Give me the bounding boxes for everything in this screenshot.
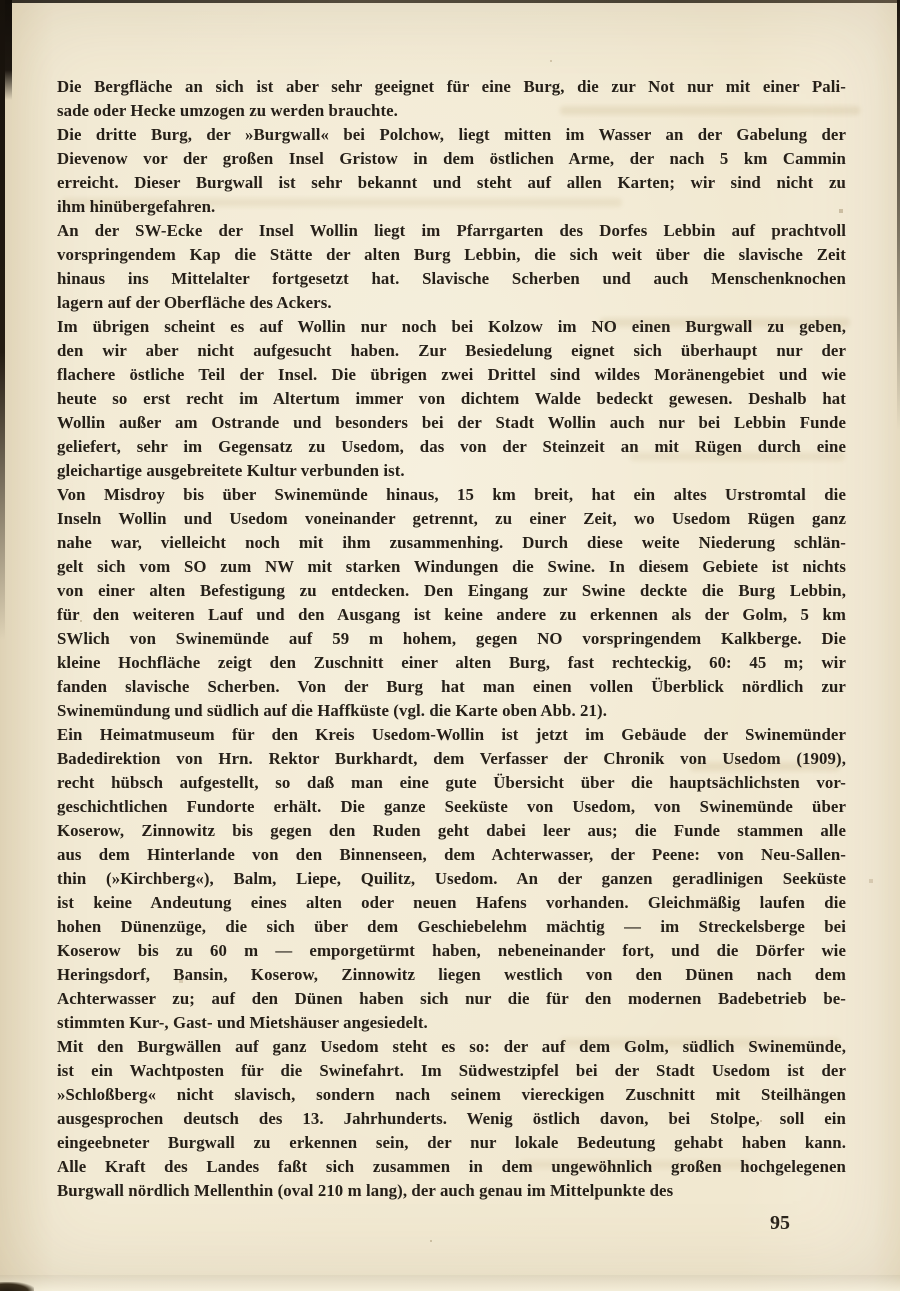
text-line: ist keine Andeutung eines alten oder neu…	[57, 891, 846, 915]
text-line: Achterwasser zu; auf den Dünen haben sic…	[57, 987, 846, 1011]
text-line: Im übrigen scheint es auf Wollin nur noc…	[57, 315, 846, 339]
text-line: sade oder Hecke umzogen zu werden brauch…	[57, 99, 846, 123]
text-line: Die dritte Burg, der »Burgwall« bei Polc…	[57, 123, 846, 147]
text-line: gleichartige ausgebreitete Kultur verbun…	[57, 459, 846, 483]
text-line: Koserow bis zu 60 m — emporgetürmt haben…	[57, 939, 846, 963]
text-line: stimmten Kur-, Gast- und Mietshäuser ang…	[57, 1011, 846, 1035]
scan-bottom-shading	[0, 1275, 900, 1291]
text-line: Koserow, Zinnowitz bis gegen den Ruden g…	[57, 819, 846, 843]
text-line: lagern auf der Oberfläche des Ackers.	[57, 291, 846, 315]
text-line: von einer alten Befestigung zu entdecken…	[57, 579, 846, 603]
text-line: Inseln Wollin und Usedom voneinander get…	[57, 507, 846, 531]
text-line: gelt sich vom SO zum NW mit starken Wind…	[57, 555, 846, 579]
text-line: Wollin außer am Ostrande und besonders b…	[57, 411, 846, 435]
text-line: Alle Kraft des Landes faßt sich zusammen…	[57, 1155, 846, 1179]
text-line: aus dem Hinterlande von den Binnenseen, …	[57, 843, 846, 867]
text-line: eingeebneter Burgwall zu erkennen sein, …	[57, 1131, 846, 1155]
text-line: ist ein Wachtposten für die Swinefahrt. …	[57, 1059, 846, 1083]
scanned-book-page: Die Bergfläche an sich ist aber sehr gee…	[0, 0, 900, 1291]
text-line: recht hübsch aufgestellt, so daß man ein…	[57, 771, 846, 795]
text-line: Mit den Burgwällen auf ganz Usedom steht…	[57, 1035, 846, 1059]
text-line: ausgesprochen deutsch des 13. Jahrhunder…	[57, 1107, 846, 1131]
text-line: SWlich von Swinemünde auf 59 m hohem, ge…	[57, 627, 846, 651]
scan-edge-top	[0, 0, 900, 3]
text-line: geschichtlichen Fundorte erhält. Die gan…	[57, 795, 846, 819]
text-line: heute so erst recht im Altertum immer vo…	[57, 387, 846, 411]
text-line: thin (»Kirchberg«), Balm, Liepe, Quilitz…	[57, 867, 846, 891]
text-line: Badedirektion von Hrn. Rektor Burkhardt,…	[57, 747, 846, 771]
scan-corner-mark	[0, 1282, 34, 1291]
scan-edge-left	[0, 0, 5, 640]
text-block: Die Bergfläche an sich ist aber sehr gee…	[57, 75, 846, 1203]
text-line: fanden slavische Scherben. Von der Burg …	[57, 675, 846, 699]
text-line: Heringsdorf, Bansin, Koserow, Zinnowitz …	[57, 963, 846, 987]
text-line: den wir aber nicht aufgesucht haben. Zur…	[57, 339, 846, 363]
text-line: Dievenow vor der großen Insel Gristow in…	[57, 147, 846, 171]
page-number: 95	[770, 1212, 790, 1235]
text-line: Swinemündung und südlich auf die Haffküs…	[57, 699, 846, 723]
text-line: hinaus ins Mittelalter fortgesetzt hat. …	[57, 267, 846, 291]
text-line: geliefert, sehr im Gegensatz zu Usedom, …	[57, 435, 846, 459]
text-line: nahe war, vielleicht noch mit ihm zusamm…	[57, 531, 846, 555]
text-line: erreicht. Dieser Burgwall ist sehr bekan…	[57, 171, 846, 195]
text-line: Von Misdroy bis über Swinemünde hinaus, …	[57, 483, 846, 507]
text-line: »Schloßberg« nicht slavisch, sondern nac…	[57, 1083, 846, 1107]
text-line: vorspringendem Kap die Stätte der alten …	[57, 243, 846, 267]
text-line: hohen Dünenzüge, die sich über dem Gesch…	[57, 915, 846, 939]
text-line: Burgwall nördlich Mellenthin (oval 210 m…	[57, 1179, 846, 1203]
text-line: Die Bergfläche an sich ist aber sehr gee…	[57, 75, 846, 99]
text-line: An der SW-Ecke der Insel Wollin liegt im…	[57, 219, 846, 243]
text-line: ihm hinübergefahren.	[57, 195, 846, 219]
text-line: für den weiteren Lauf und den Ausgang is…	[57, 603, 846, 627]
text-line: Ein Heimatmuseum für den Kreis Usedom-Wo…	[57, 723, 846, 747]
text-line: kleine Hochfläche zeigt den Zuschnitt ei…	[57, 651, 846, 675]
text-line: flachere östliche Teil der Insel. Die üb…	[57, 363, 846, 387]
